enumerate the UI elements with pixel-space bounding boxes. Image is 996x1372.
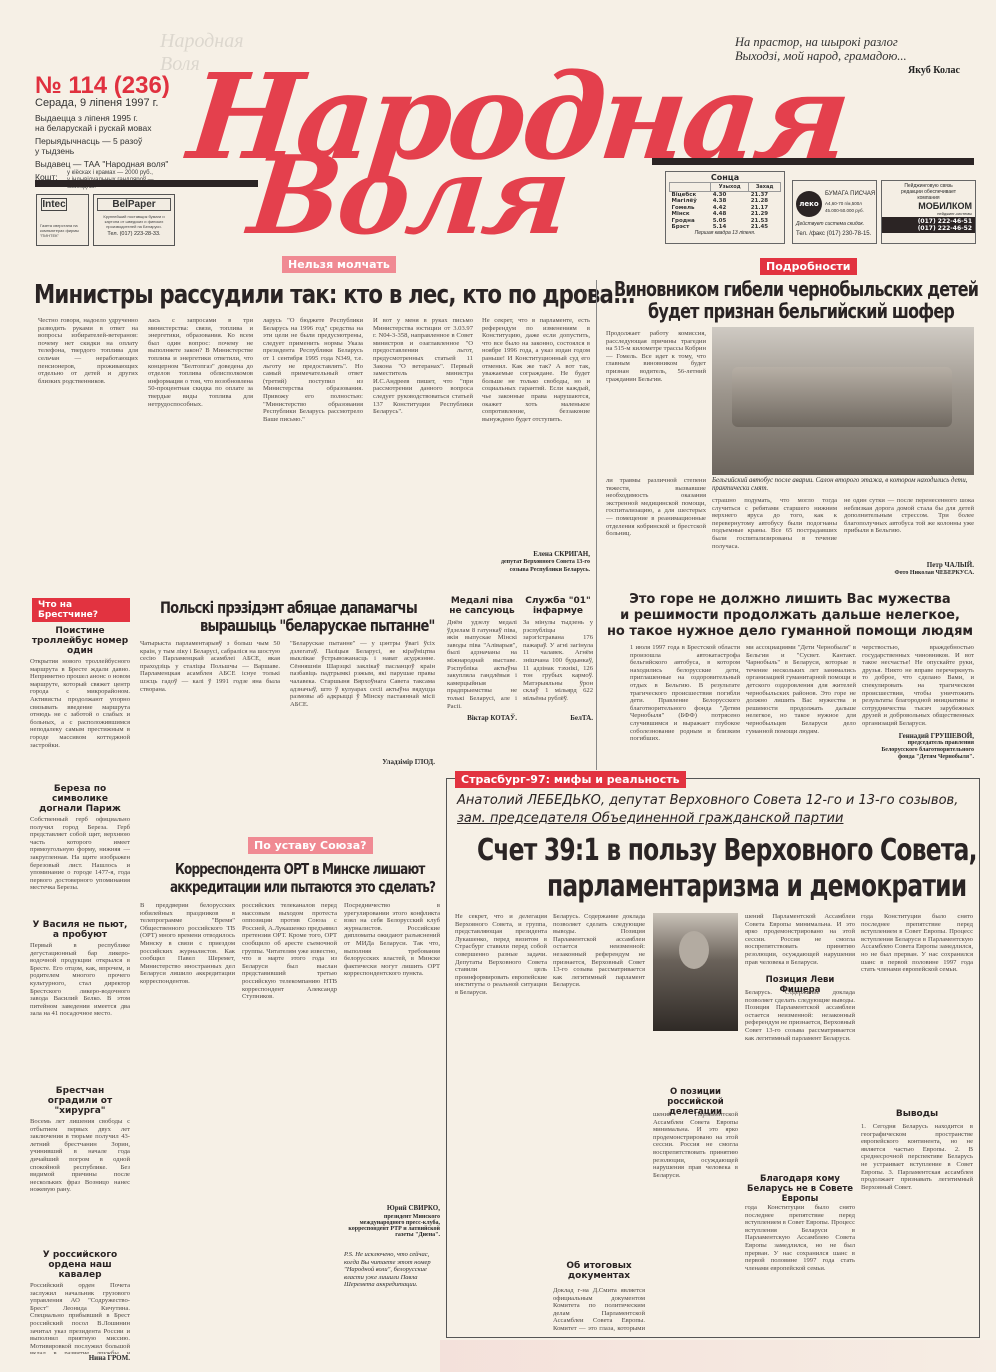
strasbourg-headline-2: парламентаризма и демократии bbox=[547, 869, 966, 904]
chernobyl-col-3: не один сутки — после перенесенного шока… bbox=[844, 497, 974, 557]
fire-author: БелТА. bbox=[523, 714, 593, 722]
strasbourg-sub-conclusions: Выводы bbox=[861, 1109, 973, 1119]
brest-item-5-headline: У российского ордена наш кавалер bbox=[30, 1250, 130, 1280]
bus-crash-photo bbox=[712, 327, 974, 475]
chernobyl-author: Петр ЧАЛЫЙ. bbox=[927, 561, 974, 569]
article-ministers: Нельзя молчать Министры рассудили так: к… bbox=[30, 255, 590, 590]
leko-ad[interactable]: лекo БУМАГА ПИСЧАЯ А4,60-70 г/м,500л 45.… bbox=[792, 180, 877, 244]
issue-languages: на беларускай і рускай мовах bbox=[35, 123, 151, 133]
ministers-col-4: И вот у меня в руках письмо Министерства… bbox=[373, 317, 473, 577]
kicker-podrobnosti: Подробности bbox=[760, 257, 857, 275]
kicker-po-ustavu: По уставу Союза? bbox=[248, 836, 373, 854]
strasbourg-col-4c: года Конституции было снято последнее пр… bbox=[745, 1204, 855, 1304]
medals-headline-2: не сапсуюць bbox=[447, 606, 517, 616]
photo-bus-shape bbox=[732, 367, 952, 427]
brest-item-4-text: Восемь лет лишения свободы с отбытием пе… bbox=[30, 1118, 130, 1246]
article-fire: Служба "01" інфармуе За мінулы тыдзень у… bbox=[523, 596, 593, 746]
mobilcom-logo: МОБИЛКОМ bbox=[882, 201, 975, 211]
ort-col-3: Посредничество в урегулировании этого ко… bbox=[344, 902, 440, 1192]
masthead: НароднаяВоля № 114 (236) Серада, 9 ліпен… bbox=[0, 0, 996, 265]
brest-item-4-headline: Брестчан оградили от "хирурга" bbox=[30, 1086, 130, 1116]
strasbourg-byline-1: Анатолий ЛЕБЕДЬКО, депутат Верховного Со… bbox=[457, 793, 958, 808]
brest-column: Что на Брестчине? Поистине троллейбус но… bbox=[30, 598, 130, 1368]
medals-author: Віктар КОТАЎ. bbox=[447, 714, 517, 722]
belpaper-logo: BelPaper bbox=[97, 198, 171, 211]
column-separator bbox=[596, 280, 597, 770]
ort-headline-2: аккредитации или пытаются это сделать? bbox=[170, 878, 435, 896]
grief-author-role-1: председатель правления bbox=[908, 740, 974, 746]
strasbourg-col-3a bbox=[653, 1035, 738, 1085]
belpaper-ad[interactable]: BelPaper Крупнейший поставщик бумаги и к… bbox=[93, 194, 175, 246]
ministers-author: Елена СКРИГАН, bbox=[533, 550, 590, 558]
strasbourg-col-2: Беларусь. Содержание доклада позволяет с… bbox=[553, 913, 645, 1258]
belpaper-phone: Тел. (017) 223-28-33. bbox=[94, 231, 174, 237]
photo-caption: Бельгийский автобус после аварии. Салон … bbox=[712, 477, 974, 493]
polish-col-1: Чатырыста парламентарыяў з больш чым 50 … bbox=[140, 640, 280, 770]
intec-text: Газета сверстана на компьютерах фирмы "П… bbox=[40, 223, 85, 238]
kicker-strasbourg: Страсбург-97: мифы и реальность bbox=[455, 770, 686, 788]
brest-item-1-text: Открытия нового троллейбусного маршрута … bbox=[30, 658, 130, 780]
sun-table-note: Першая квадра 13 ліпеня. bbox=[669, 230, 781, 236]
mobilcom-phone-2: (017) 222-46-52 bbox=[885, 225, 972, 232]
grief-col-2: ми ассоциациями "Дети Чернобыля" в Бельг… bbox=[746, 644, 856, 762]
article-polish: Польскі прэзідэнт абяцае дапамагчы выраш… bbox=[140, 598, 440, 778]
polish-headline-1: Польскі прэзідэнт абяцае дапамагчы bbox=[160, 598, 417, 617]
leko-phone: Тел. /факс (017) 230-78-15. bbox=[796, 231, 871, 237]
article-medals: Медалі піва не сапсуюць Днём удзелу меда… bbox=[447, 596, 517, 746]
grief-author-role-3: фонда "Детям Чернобыля". bbox=[898, 754, 974, 760]
strasbourg-byline-2: зам. председателя Объединенной гражданск… bbox=[457, 811, 843, 826]
grief-author: Геннадий ГРУШЕВОЙ, bbox=[899, 732, 974, 740]
mobilcom-phone-1: (017) 222-46-51 bbox=[885, 218, 972, 225]
ministers-author-role-1: депутат Верховного Совета 13-го bbox=[501, 559, 590, 565]
brest-item-2-text: Собственный герб официально получил горо… bbox=[30, 816, 130, 916]
kicker-brest: Что на Брестчине? bbox=[32, 598, 130, 622]
grief-headline-1: Это горе не должно лишить Вас мужества bbox=[600, 592, 980, 607]
epigraph-line2: Выходзі, мой народ, грамадою... bbox=[735, 49, 907, 64]
ministers-author-role-2: созыва Республики Беларусь. bbox=[510, 567, 590, 573]
bottom-margin bbox=[440, 1340, 996, 1372]
strasbourg-col-1: Не секрет, что и делегация Верховного Со… bbox=[455, 913, 547, 1313]
ministers-col-1: Честно говоря, надоело удрученно разводи… bbox=[38, 317, 138, 577]
sun-table-box: Сонца УзыходЗахад Віцебск4.3021.37 Магіл… bbox=[665, 171, 785, 244]
chernobyl-col-1: ли травмы различной степени тяжести, выз… bbox=[606, 477, 706, 572]
leko-line2: А4,60-70 г/м,500л bbox=[825, 201, 862, 206]
lebedko-portrait bbox=[653, 913, 738, 1031]
strasbourg-headline-1: Счет 39:1 в пользу Верховного Совета, bbox=[477, 833, 977, 868]
logo-title-line2: Воля bbox=[244, 142, 572, 250]
fire-headline-2: інфармуе bbox=[523, 606, 593, 616]
ministers-col-3: ларусь "О бюджете Республики Беларусь на… bbox=[263, 317, 363, 577]
chernobyl-col-2: страшно подумать, что могло тогда случит… bbox=[712, 497, 837, 572]
ort-col-1: В преддверии белорусских юбилейных празд… bbox=[140, 902, 235, 1352]
chernobyl-photo-credit: Фото Николая ЧЕБЕРКУСА. bbox=[894, 570, 974, 576]
ort-col-2: российских телеканалов перед массовым вы… bbox=[242, 902, 337, 1352]
article-chernobyl: Подробности Виновником гибели чернобыльс… bbox=[600, 255, 980, 585]
sun-row: Мінск4.4821.29 bbox=[670, 211, 781, 217]
issue-periodicity: Перыядычнасць — 5 разоў bbox=[35, 136, 142, 146]
ort-author-role: президент Минского международного пресс-… bbox=[344, 1214, 440, 1238]
grief-col-3: черствостью, враждебностью государственн… bbox=[862, 644, 974, 732]
article-strasbourg: Страсбург-97: мифы и реальность Анатолий… bbox=[446, 778, 980, 1338]
chernobyl-headline-1: Виновником гибели чернобыльских детей bbox=[614, 277, 978, 301]
strasbourg-sub-docs: Об итоговых документах bbox=[553, 1261, 645, 1281]
strasbourg-sub-gratitude: Благодаря кому Беларусь не в Совете Евро… bbox=[745, 1174, 855, 1204]
polish-author: Уладзімір ГЛОД. bbox=[382, 758, 435, 766]
brest-item-5-text: Российский орден Почета заслужил начальн… bbox=[30, 1282, 130, 1354]
mobilcom-ad[interactable]: Пейджинговую связь редакции обеспечивает… bbox=[881, 180, 976, 244]
grief-author-role-2: Белорусского благотворительного bbox=[881, 747, 974, 753]
intec-ad[interactable]: Intec Газета сверстана на компьютерах фи… bbox=[36, 194, 89, 246]
price-1: у кіёсках і крамах — 2000 руб., bbox=[67, 170, 153, 176]
polish-col-2: "Беларускае пытанне" — у цэнтры ўвагі ўс… bbox=[290, 640, 435, 755]
issue-since: Выдаецца з ліпеня 1995 г. bbox=[35, 113, 138, 123]
issue-number: № 114 (236) bbox=[35, 72, 170, 100]
grief-headline-2: и решимости продолжать дальше нелегкое, bbox=[600, 608, 980, 623]
article-ort: По уставу Союза? Корреспондента ОРТ в Ми… bbox=[140, 836, 440, 1366]
brest-item-2-headline: Береза по символике догнали Париж bbox=[30, 784, 130, 814]
portrait-face bbox=[679, 931, 709, 969]
ort-headline-1: Корреспондента ОРТ в Минске лишают bbox=[175, 860, 424, 878]
ministers-col-5: Не секрет, что в парламенте, есть рефере… bbox=[482, 317, 590, 547]
grief-col-1: 1 июля 1997 года в Брестской области про… bbox=[630, 644, 740, 762]
strasbourg-col-4b: Беларусь. Содержание доклада позволяет с… bbox=[745, 989, 855, 1169]
brest-author: Нина ГРОМ. bbox=[30, 1354, 130, 1362]
medals-text: Днём удзелу медалі ўдзелам 8 гатункаў пі… bbox=[447, 619, 517, 714]
leko-line1: БУМАГА ПИСЧАЯ bbox=[825, 191, 875, 197]
leko-logo: лекo bbox=[796, 191, 822, 217]
brest-item-1-headline: Поистине троллейбус номер один bbox=[30, 626, 130, 656]
issue-periodicity-2: у тыдзень bbox=[35, 146, 74, 156]
issue-date: Серада, 9 ліпеня 1997 г. bbox=[35, 97, 158, 109]
sun-table-title: Сонца bbox=[669, 173, 781, 182]
intec-logo: Intec bbox=[41, 198, 67, 211]
chernobyl-lead: Продолжает работу комиссия, расследующая… bbox=[606, 330, 706, 472]
fire-text: За мінулы тыдзень у рэспубліцы зарэгістр… bbox=[523, 619, 593, 714]
fire-headline-1: Служба "01" bbox=[523, 596, 593, 606]
grief-headline-3: но такое нужное дело гуманной помощи люд… bbox=[600, 624, 980, 639]
mobilcom-phones: (017) 222-46-51 (017) 222-46-52 bbox=[882, 217, 975, 233]
leko-line3: 45.000-50.000 руб. bbox=[825, 208, 864, 213]
medals-headline-1: Медалі піва bbox=[447, 596, 517, 606]
ort-author: Юрий СВИРКО, bbox=[344, 1204, 440, 1212]
sun-table: УзыходЗахад Віцебск4.3021.37 Магілёў4.38… bbox=[669, 182, 781, 230]
epigraph-author: Якуб Колас bbox=[908, 65, 960, 76]
issue-publisher: Выдавец — ТАА "Народная воля" bbox=[35, 159, 168, 169]
strasbourg-conclusions: 1. Сегодня Беларусь находится в географи… bbox=[861, 1123, 973, 1313]
masthead-rule-right bbox=[652, 158, 974, 165]
epigraph-line1: На прастор, на шырокі разлог bbox=[735, 35, 898, 50]
polish-headline-2: вырашыць "беларускае пытанне" bbox=[200, 616, 435, 635]
brest-item-3-text: Первый в республике дегустационный бар л… bbox=[30, 942, 130, 1082]
ort-ps: P.S. Не исключено, что сейчас, когда Вы … bbox=[344, 1251, 440, 1289]
sun-row: Магілёў4.3821.28 bbox=[670, 198, 781, 204]
mobilcom-sub: пейджинг-системы bbox=[882, 211, 975, 216]
strasbourg-col-3b: шений Парламентской Ассамблеи Совета Евр… bbox=[653, 1111, 738, 1311]
leko-line4: Действует система скидок. bbox=[796, 221, 864, 227]
ministers-col-2: лась с запросами в три министерства: свя… bbox=[148, 317, 253, 577]
article-grief: Это горе не должно лишить Вас мужества и… bbox=[600, 592, 980, 767]
kicker-nelzya-molchat: Нельзя молчать bbox=[282, 255, 396, 273]
brest-item-3-headline: У Василя не пьют, а пробуют bbox=[30, 920, 130, 940]
chernobyl-headline-2: будет признан бельгийский шофер bbox=[648, 299, 954, 323]
ministers-headline: Министры рассудили так: кто в лес, кто п… bbox=[34, 280, 635, 310]
belpaper-text: Крупнейший поставщик бумаги и картона от… bbox=[97, 214, 171, 229]
strasbourg-col-4: шений Парламентской Ассамблеи Совета Евр… bbox=[745, 913, 855, 971]
strasbourg-docs: Доклад г-на Д.Смита является официальным… bbox=[553, 1287, 645, 1332]
